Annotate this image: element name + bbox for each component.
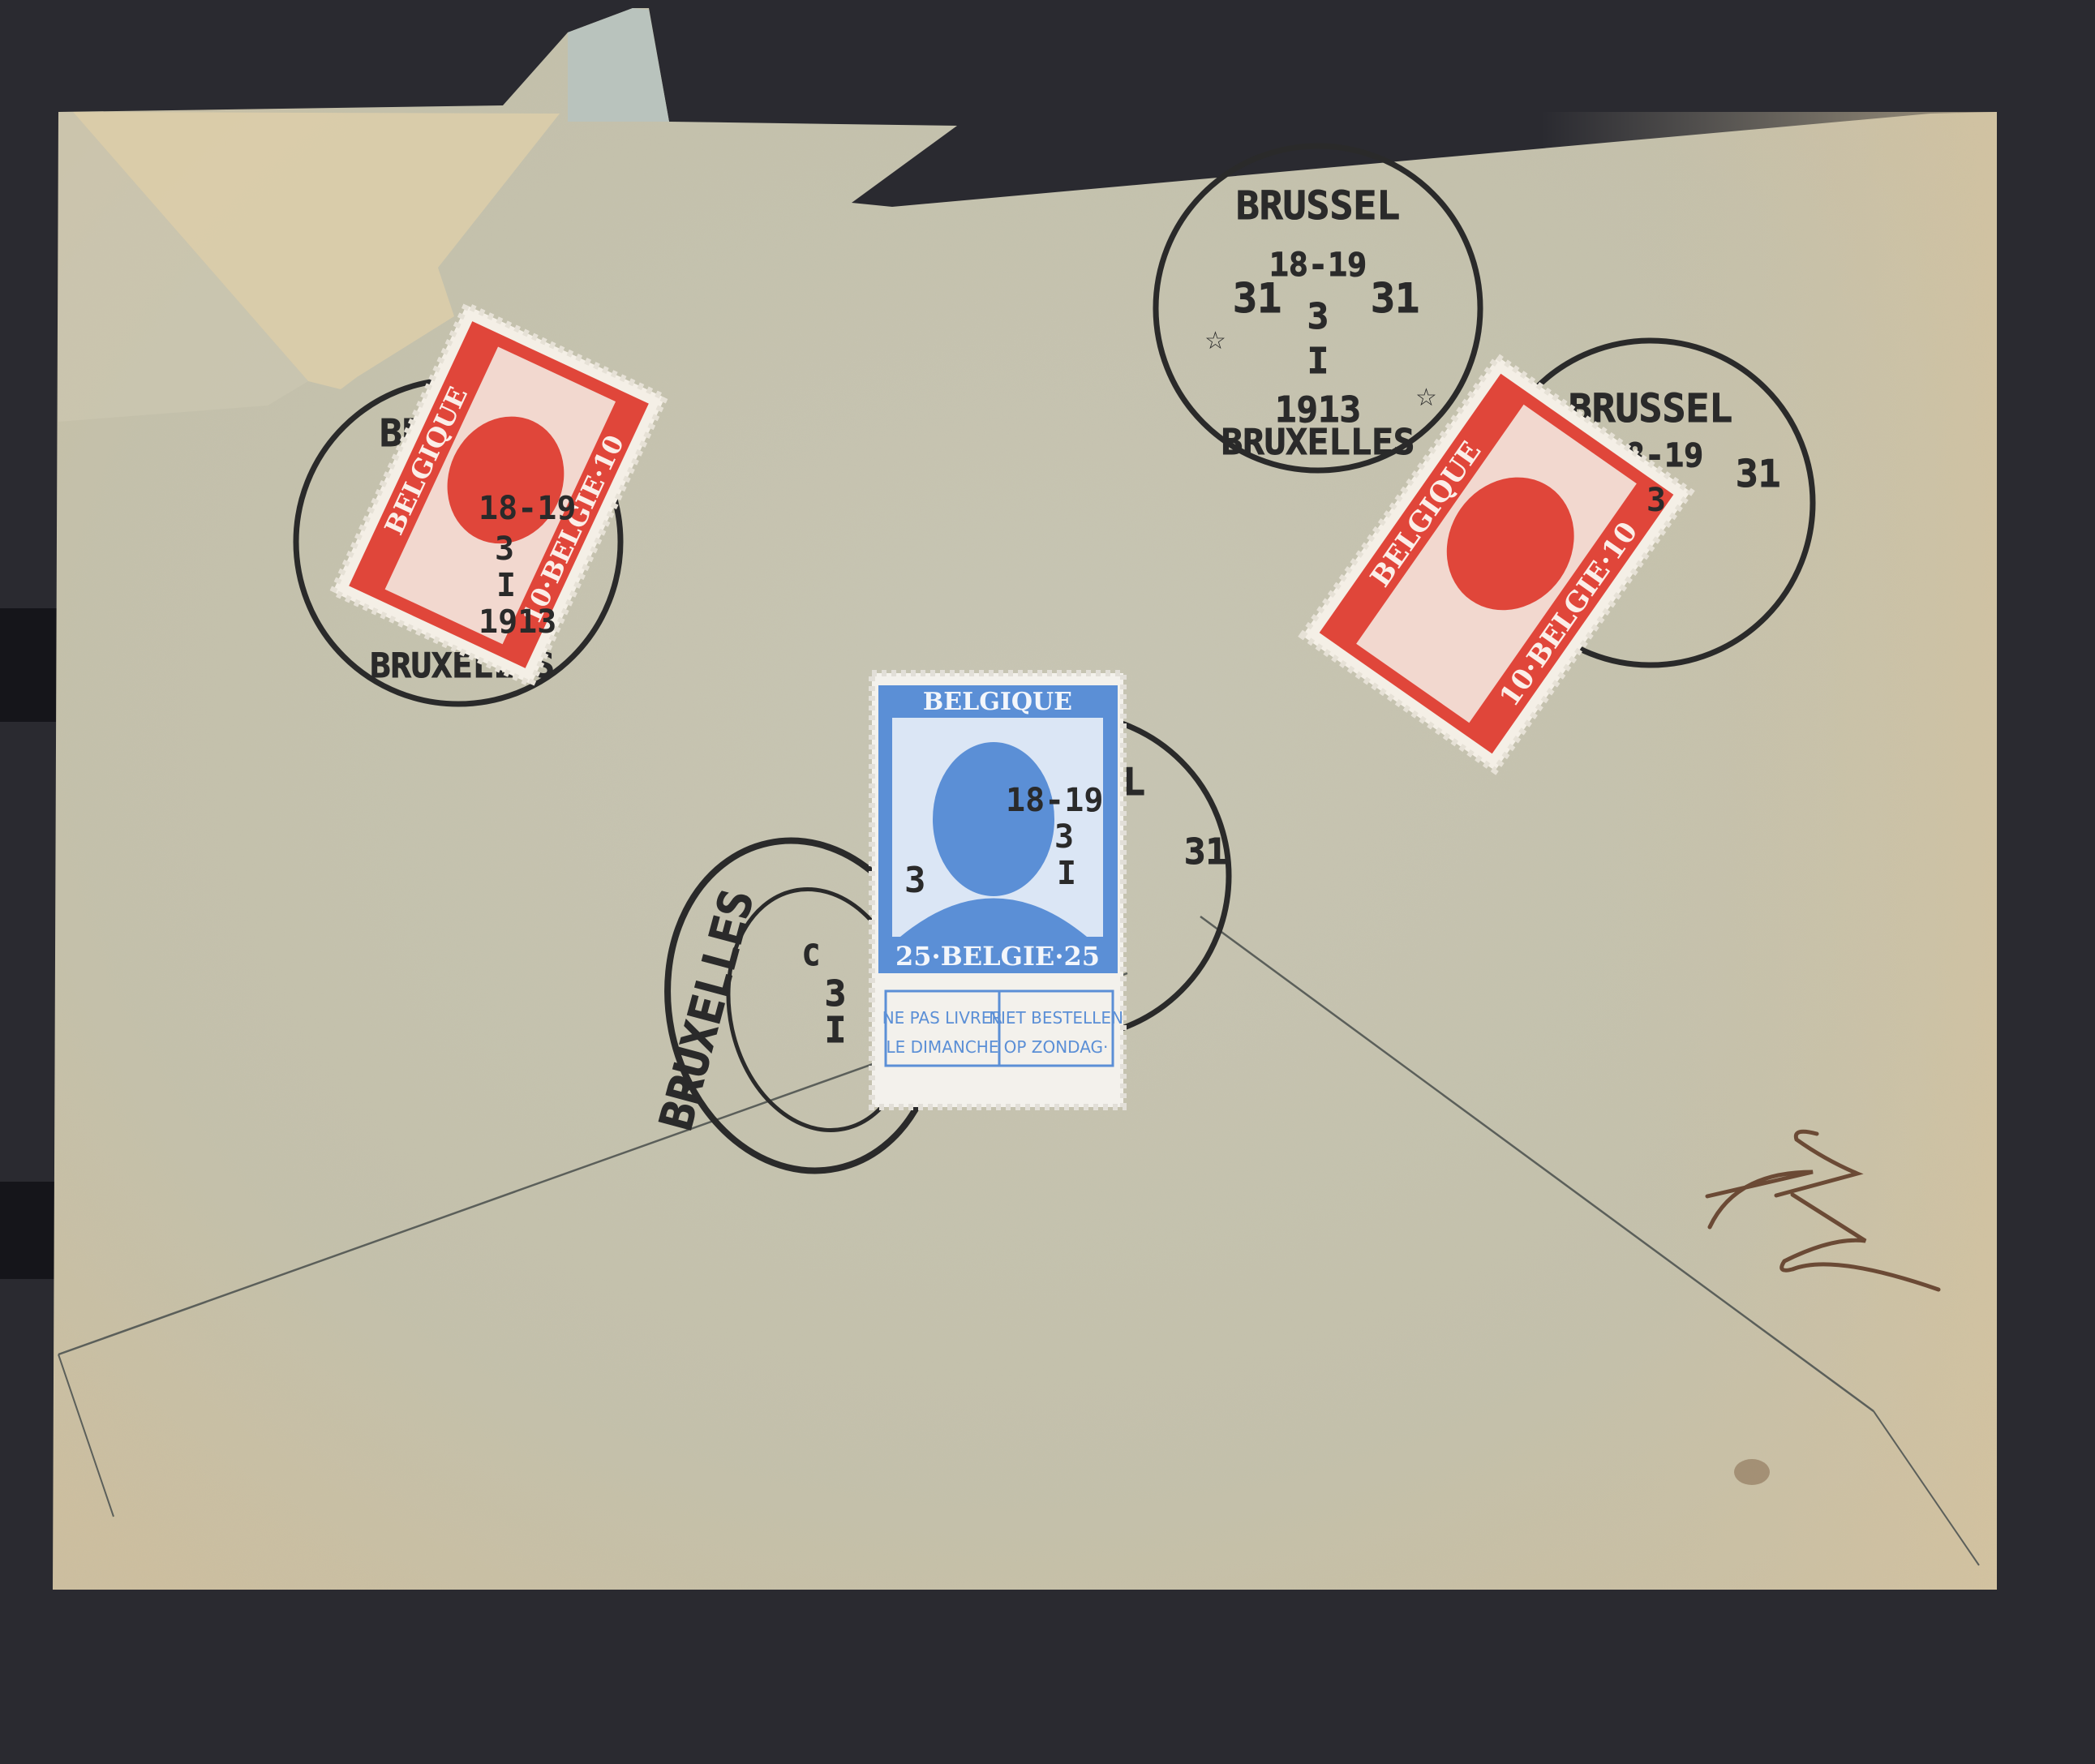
postmark-year: 1913	[479, 603, 556, 641]
tab-left-line1: NE PAS LIVRER	[882, 1008, 1003, 1028]
postmark-day: 3	[1054, 818, 1074, 856]
envelope: BRUSSEL 31 31 18-19 3 I 1913 BRUXELLES ☆…	[0, 0, 2095, 1764]
postmark-letter: C	[802, 939, 820, 972]
tab-right-line2: OP ZONDAG·	[1004, 1037, 1109, 1057]
envelope-scene: BRUSSEL 31 31 18-19 3 I 1913 BRUXELLES ☆…	[0, 0, 2095, 1764]
postmark-bottom-text: BRUXELLES	[1221, 422, 1415, 463]
postmark-right-number: 31	[1184, 831, 1227, 873]
svg-text:☆: ☆	[1415, 384, 1437, 412]
postmark-time: 18-19	[1006, 782, 1103, 819]
postmark-right-number: 31	[1371, 275, 1419, 322]
postmark-day-left: 3	[904, 860, 926, 901]
postmark-day: 3	[825, 973, 847, 1015]
postmark-right-number: 31	[1736, 452, 1780, 496]
stamp-value-legend: 25·BELGIE·25	[895, 941, 1100, 972]
postmark-day: 3	[1646, 482, 1666, 519]
postmark-month: I	[825, 1010, 847, 1051]
svg-text:☆: ☆	[1204, 327, 1226, 355]
postmark-top-text: BRUSSEL	[1236, 183, 1400, 229]
postmark-day: 3	[1307, 296, 1329, 337]
postmark-time: 18-19	[479, 490, 576, 527]
stamp-country-fr: BELGIQUE	[923, 688, 1072, 716]
postmark-day: 3	[495, 530, 514, 568]
postmark-time: 18-19	[1269, 247, 1367, 284]
postmark-month: I	[1057, 855, 1076, 892]
postmark-month: I	[496, 567, 516, 604]
handwriting-text: 7 8	[0, 0, 2, 1]
tab-right-line1: NIET BESTELLEN	[989, 1008, 1123, 1028]
stamp-sunday-tab: NE PAS LIVRER LE DIMANCHE NIET BESTELLEN…	[878, 991, 1123, 1092]
tab-left-line2: LE DIMANCHE	[887, 1037, 999, 1057]
postmark-month: I	[1307, 341, 1329, 382]
